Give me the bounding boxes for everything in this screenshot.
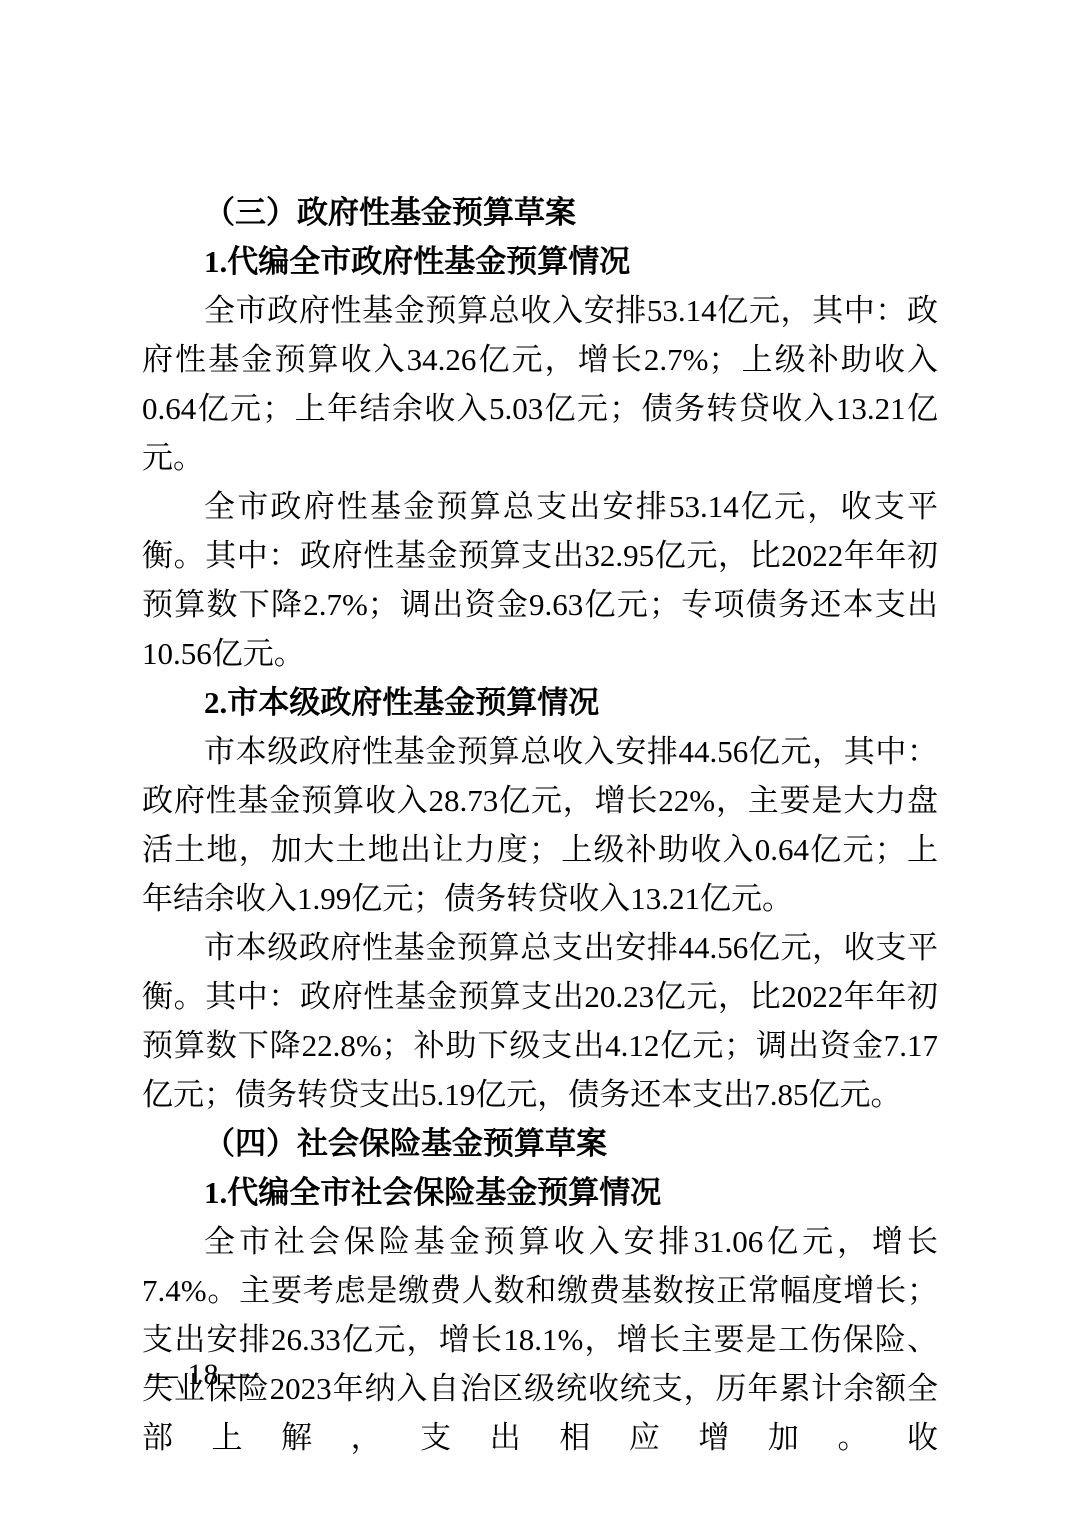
paragraph-social-insurance-budget: 全市社会保险基金预算收入安排31.06亿元，增长7.4%。主要考虑是缴费人数和缴… bbox=[142, 1217, 938, 1462]
subsection-heading-citywide-government-funds: 1.代编全市政府性基金预算情况 bbox=[142, 237, 938, 286]
document-body: （三）政府性基金预算草案 1.代编全市政府性基金预算情况 全市政府性基金预算总收… bbox=[142, 188, 938, 1462]
subsection-heading-municipal-government-funds: 2.市本级政府性基金预算情况 bbox=[142, 678, 938, 727]
section-heading-social-insurance-funds: （四）社会保险基金预算草案 bbox=[142, 1119, 938, 1168]
section-heading-government-funds: （三）政府性基金预算草案 bbox=[142, 188, 938, 237]
paragraph-municipal-fund-revenue: 市本级政府性基金预算总收入安排44.56亿元，其中：政府性基金预算收入28.73… bbox=[142, 727, 938, 923]
paragraph-citywide-fund-expenditure: 全市政府性基金预算总支出安排53.14亿元，收支平衡。其中：政府性基金预算支出3… bbox=[142, 482, 938, 678]
page-number: — 18 — bbox=[148, 1355, 259, 1395]
paragraph-municipal-fund-expenditure: 市本级政府性基金预算总支出安排44.56亿元，收支平衡。其中：政府性基金预算支出… bbox=[142, 923, 938, 1119]
paragraph-citywide-fund-revenue: 全市政府性基金预算总收入安排53.14亿元，其中：政府性基金预算收入34.26亿… bbox=[142, 286, 938, 482]
document-page: （三）政府性基金预算草案 1.代编全市政府性基金预算情况 全市政府性基金预算总收… bbox=[0, 0, 1074, 1520]
subsection-heading-citywide-social-insurance: 1.代编全市社会保险基金预算情况 bbox=[142, 1168, 938, 1217]
